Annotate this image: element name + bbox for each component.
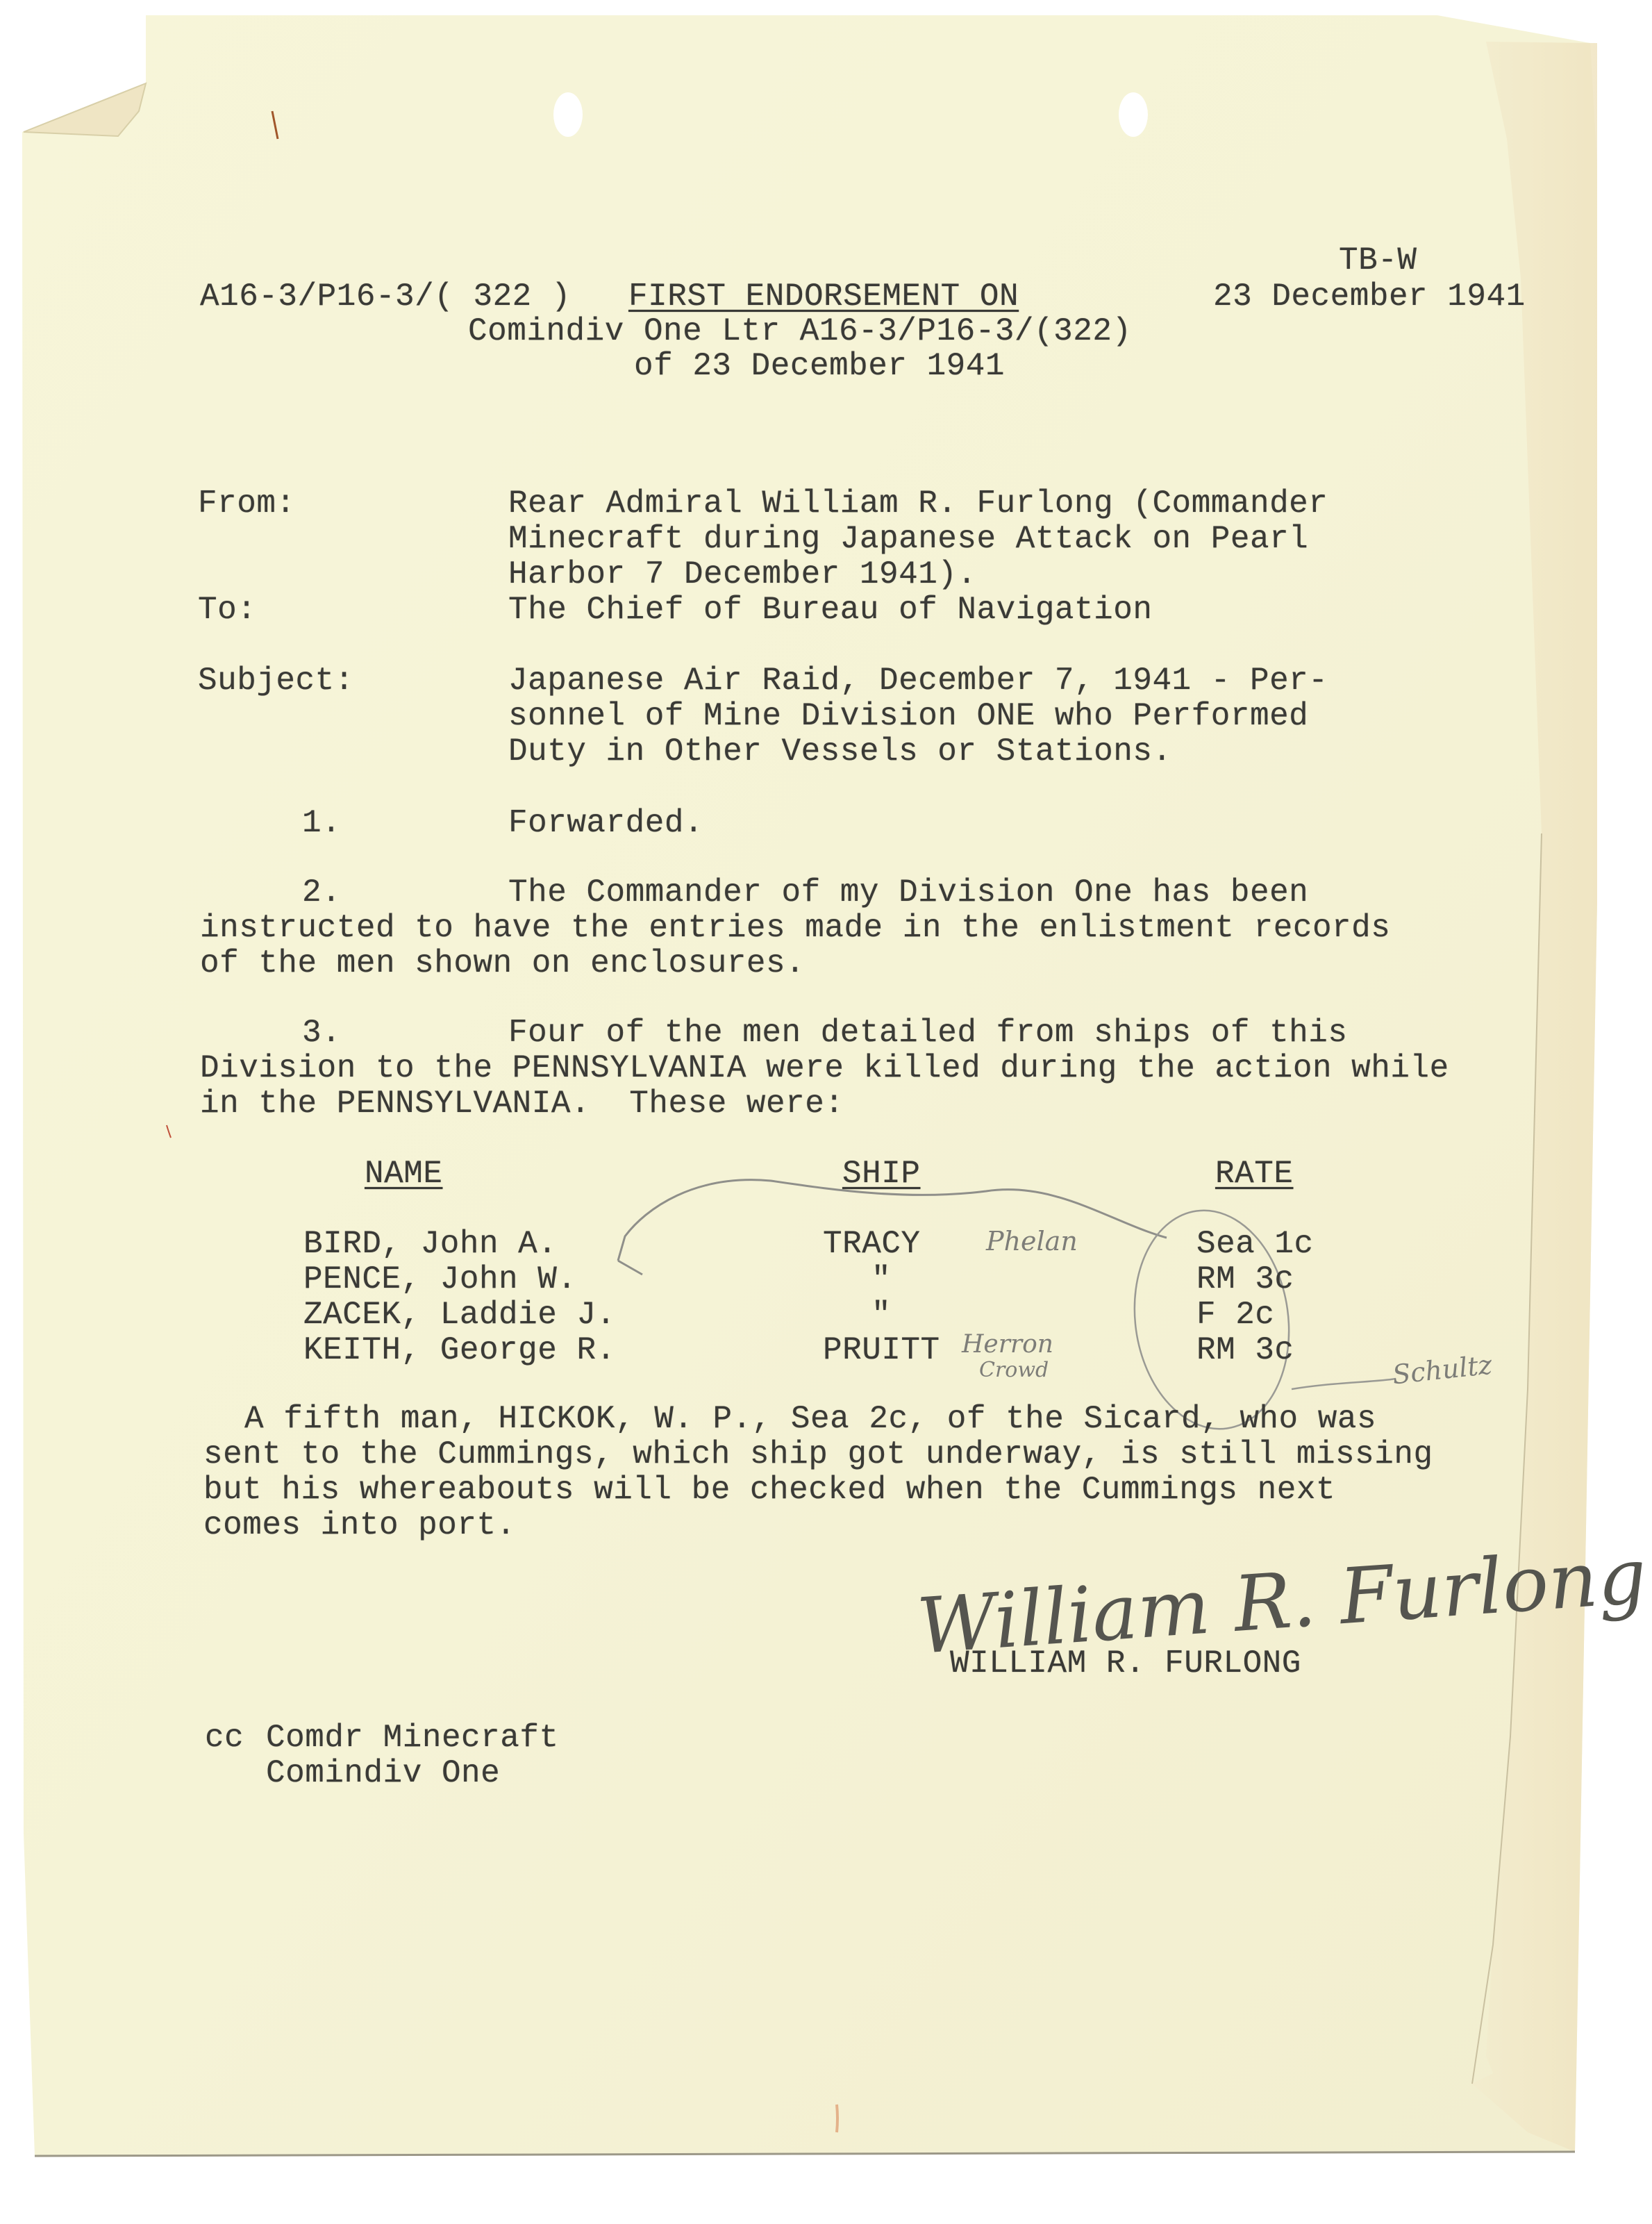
row-ship: " — [871, 1262, 891, 1297]
pencil-note-pruitt-2: Crowd — [979, 1358, 1049, 1382]
table-header-ship: SHIP — [842, 1156, 920, 1192]
paragraph-3-number: 3. — [302, 1015, 341, 1051]
paragraph-2-line-2: instructed to have the entries made in t… — [200, 911, 1390, 946]
cc-recipient-2: Comindiv One — [266, 1756, 500, 1791]
punch-hole-right — [1119, 92, 1148, 137]
from-line-3: Harbor 7 December 1941). — [508, 557, 977, 592]
typed-signature: WILLIAM R. FURLONG — [950, 1646, 1301, 1682]
subject-label: Subject: — [198, 663, 354, 699]
row-rate: Sea 1c — [1196, 1227, 1314, 1262]
fifth-man-line-2: sent to the Cummings, which ship got und… — [203, 1437, 1433, 1472]
row-ship: TRACY — [823, 1227, 921, 1262]
row-name: KEITH, George R. — [303, 1333, 616, 1368]
cc-recipient-1: Comdr Minecraft — [266, 1720, 559, 1756]
row-rate: RM 3c — [1196, 1333, 1294, 1368]
pencil-note-pruitt-1: Herron — [962, 1330, 1053, 1359]
reference-date: of 23 December 1941 — [634, 349, 1005, 384]
from-label: From: — [198, 486, 296, 522]
subject-line-3: Duty in Other Vessels or Stations. — [508, 734, 1172, 770]
document-date: 23 December 1941 — [1213, 279, 1526, 315]
paragraph-2-line-3: of the men shown on enclosures. — [200, 946, 805, 981]
file-number: A16-3/P16-3/( 322 ) — [200, 279, 571, 315]
paragraph-2-number: 2. — [302, 875, 341, 911]
paragraph-1-number: 1. — [302, 806, 341, 841]
pencil-note-tracy: Phelan — [986, 1226, 1078, 1256]
row-ship: PRUITT — [823, 1333, 940, 1368]
row-ship: " — [871, 1297, 891, 1333]
to-value: The Chief of Bureau of Navigation — [508, 592, 1152, 628]
punch-hole-left — [553, 92, 583, 137]
table-header-name: NAME — [365, 1156, 442, 1192]
from-line-1: Rear Admiral William R. Furlong (Command… — [508, 486, 1328, 522]
fifth-man-line-4: comes into port. — [203, 1508, 516, 1543]
to-label: To: — [198, 592, 256, 628]
row-name: PENCE, John W. — [303, 1262, 576, 1297]
table-header-rate: RATE — [1215, 1156, 1293, 1192]
paragraph-1-text: Forwarded. — [508, 806, 703, 841]
cc-label: cc — [205, 1720, 244, 1756]
subject-line-2: sonnel of Mine Division ONE who Performe… — [508, 699, 1308, 734]
row-rate: RM 3c — [1196, 1262, 1294, 1297]
subject-line-1: Japanese Air Raid, December 7, 1941 - Pe… — [508, 663, 1328, 699]
paragraph-2-first: The Commander of my Division One has bee… — [508, 875, 1308, 911]
from-line-2: Minecraft during Japanese Attack on Pear… — [508, 522, 1308, 557]
row-name: BIRD, John A. — [303, 1227, 557, 1262]
fifth-man-line-3: but his whereabouts will be checked when… — [203, 1472, 1335, 1508]
fifth-man-line-1: A fifth man, HICKOK, W. P., Sea 2c, of t… — [244, 1402, 1376, 1437]
row-rate: F 2c — [1196, 1297, 1274, 1333]
routing-code: TB-W — [1339, 243, 1417, 279]
endorsement-title: FIRST ENDORSEMENT ON — [628, 279, 1019, 315]
paragraph-3-first: Four of the men detailed from ships of t… — [508, 1015, 1348, 1051]
row-name: ZACEK, Laddie J. — [303, 1297, 616, 1333]
paragraph-3-line-2: Division to the PENNSYLVANIA were killed… — [200, 1051, 1449, 1086]
paragraph-3-line-3: in the PENNSYLVANIA. These were: — [200, 1086, 844, 1122]
reference-line: Comindiv One Ltr A16-3/P16-3/(322) — [468, 314, 1132, 349]
